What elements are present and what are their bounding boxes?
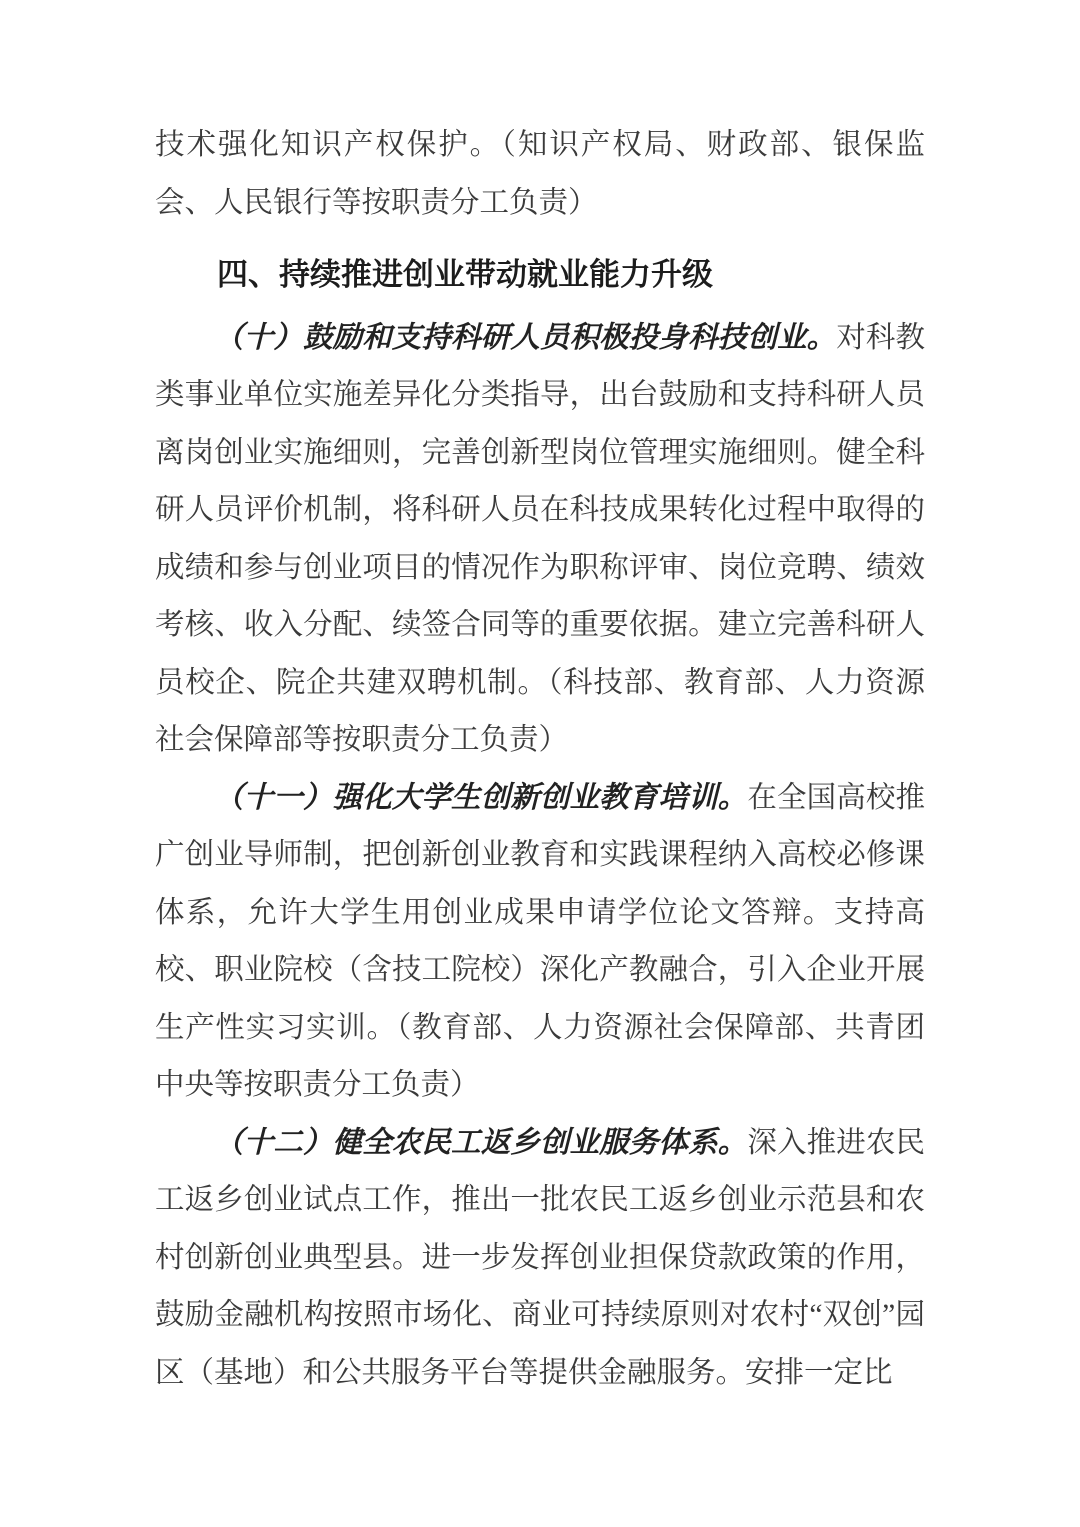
item-10-body: 对科教类事业单位实施差异化分类指导，出台鼓励和支持科研人员离岗创业实施细则，完善…: [155, 322, 925, 757]
paragraph-item-12: （十二）健全农民工返乡创业服务体系。深入推进农民工返乡创业试点工作，推出一批农民…: [155, 1115, 925, 1403]
item-12-lead: （十二）健全农民工返乡创业服务体系。: [214, 1127, 747, 1159]
paragraph-item-10: （十）鼓励和支持科研人员积极投身科技创业。对科教类事业单位实施差异化分类指导，出…: [155, 310, 925, 770]
item-12-body: 深入推进农民工返乡创业试点工作，推出一批农民工返乡创业示范县和农村创新创业典型县…: [155, 1127, 925, 1389]
paragraph-item-11: （十一）强化大学生创新创业教育培训。在全国高校推广创业导师制，把创新创业教育和实…: [155, 770, 925, 1115]
document-page: 技术强化知识产权保护。（知识产权局、财政部、银保监会、人民银行等按职责分工负责）…: [0, 0, 1080, 1527]
item-11-body: 在全国高校推广创业导师制，把创新创业教育和实践课程纳入高校必修课体系，允许大学生…: [155, 782, 925, 1102]
paragraph-continuation-text: 技术强化知识产权保护。（知识产权局、财政部、银保监会、人民银行等按职责分工负责）: [155, 129, 925, 219]
item-11-lead: （十一）强化大学生创新创业教育培训。: [214, 782, 747, 814]
paragraph-continuation: 技术强化知识产权保护。（知识产权局、财政部、银保监会、人民银行等按职责分工负责）: [155, 117, 925, 232]
item-10-lead: （十）鼓励和支持科研人员积极投身科技创业。: [214, 322, 836, 354]
section-heading: 四、持续推进创业带动就业能力升级: [155, 246, 925, 304]
